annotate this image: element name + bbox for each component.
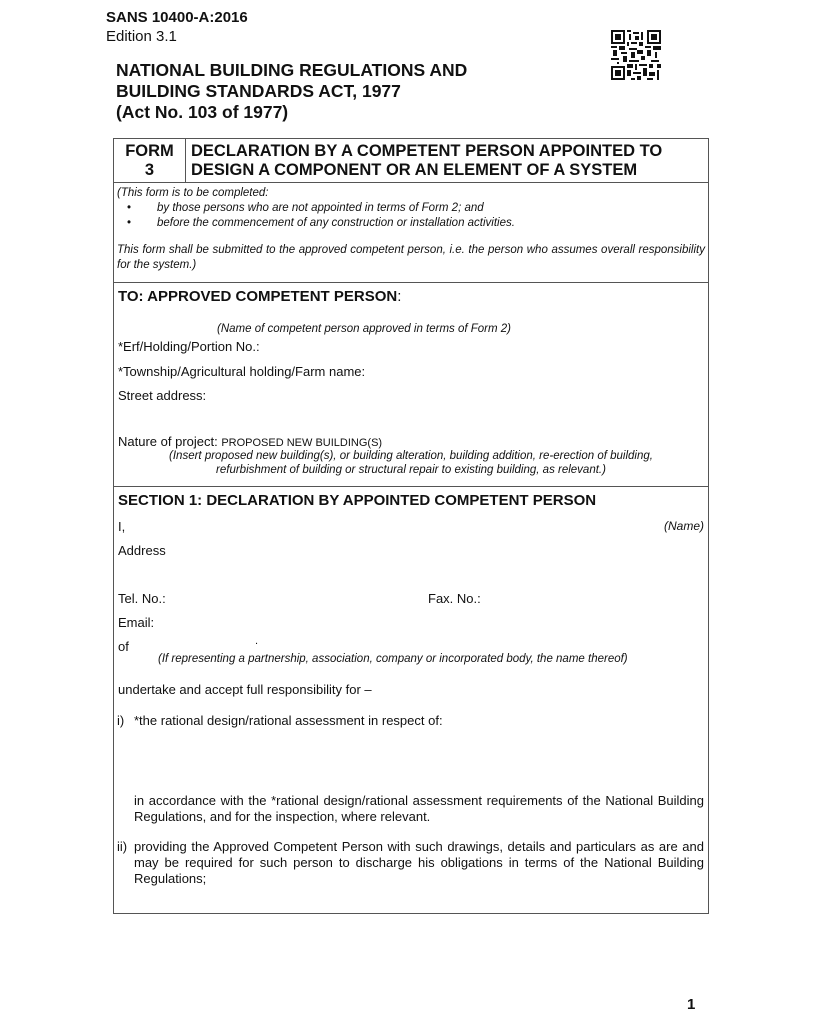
section-1-heading: SECTION 1: DECLARATION BY APPOINTED COMP… [118, 492, 596, 509]
act-title-line-3: (Act No. 103 of 1977) [116, 102, 467, 123]
form-number-cell: FORM 3 [114, 139, 186, 182]
instruction-text: by those persons who are not appointed i… [157, 201, 484, 216]
nature-of-project-field[interactable]: Nature of project: PROPOSED NEW BUILDING… [118, 434, 382, 449]
to-heading-colon: : [397, 288, 401, 305]
form-number: 3 [114, 161, 185, 180]
standard-code: SANS 10400-A:2016 [106, 9, 248, 26]
project-type-note-line-2: refurbishment of building or structural … [114, 463, 708, 477]
item-i-number: i) [117, 713, 124, 728]
page-number: 1 [687, 996, 695, 1013]
project-type-note: (Insert proposed new building(s), or bui… [114, 449, 708, 477]
form-title-line-2: DESIGN A COMPONENT OR AN ELEMENT OF A SY… [191, 161, 708, 180]
item-ii-number: ii) [117, 839, 127, 854]
nature-label: Nature of project: [118, 434, 221, 449]
to-heading-text: TO: APPROVED COMPETENT PERSON [118, 288, 397, 305]
edition-label: Edition 3.1 [106, 28, 177, 45]
section-1-declaration: SECTION 1: DECLARATION BY APPOINTED COMP… [114, 487, 708, 915]
organisation-field[interactable]: of [118, 639, 129, 654]
qr-code-icon [611, 30, 661, 80]
to-approved-competent-person-section: TO: APPROVED COMPETENT PERSON: (Name of … [114, 283, 708, 487]
to-section-heading: TO: APPROVED COMPETENT PERSON: [118, 288, 401, 305]
instruction-bullet: • by those persons who are not appointed… [117, 201, 705, 216]
item-i-continuation: in accordance with the *rational design/… [134, 793, 704, 825]
organisation-dot: . [255, 635, 258, 647]
form-header: FORM 3 DECLARATION BY A COMPETENT PERSON… [114, 139, 708, 183]
act-title-line-2: BUILDING STANDARDS ACT, 1977 [116, 81, 467, 102]
project-type-note-line-1: (Insert proposed new building(s), or bui… [114, 449, 708, 463]
street-address-field[interactable]: Street address: [118, 388, 206, 403]
nature-value: PROPOSED NEW BUILDING(S) [221, 437, 382, 449]
township-field[interactable]: *Township/Agricultural holding/Farm name… [118, 364, 365, 379]
email-field[interactable]: Email: [118, 615, 154, 630]
act-title: NATIONAL BUILDING REGULATIONS AND BUILDI… [116, 60, 467, 123]
competent-person-name-note: (Name of competent person approved in te… [217, 323, 511, 335]
item-ii-text: providing the Approved Competent Person … [134, 839, 704, 887]
declarant-name-field[interactable]: I, [118, 519, 125, 534]
tel-field[interactable]: Tel. No.: [118, 591, 166, 606]
bullet-icon: • [127, 201, 157, 216]
form-instructions: (This form is to be completed: • by thos… [114, 183, 708, 283]
form-label: FORM [114, 142, 185, 161]
instruction-bullet: • before the commencement of any constru… [117, 216, 705, 231]
form-title-line-1: DECLARATION BY A COMPETENT PERSON APPOIN… [191, 142, 708, 161]
act-title-line-1: NATIONAL BUILDING REGULATIONS AND [116, 60, 467, 81]
name-hint: (Name) [664, 519, 704, 533]
erf-field[interactable]: *Erf/Holding/Portion No.: [118, 339, 260, 354]
organisation-note: (If representing a partnership, associat… [158, 653, 628, 665]
form-title: DECLARATION BY A COMPETENT PERSON APPOIN… [186, 139, 708, 182]
item-i-text: *the rational design/rational assessment… [134, 713, 704, 729]
submission-note: This form shall be submitted to the appr… [117, 243, 705, 273]
instruction-text: before the commencement of any construct… [157, 216, 515, 231]
bullet-icon: • [127, 216, 157, 231]
form-3-box: FORM 3 DECLARATION BY A COMPETENT PERSON… [113, 138, 709, 914]
undertake-text: undertake and accept full responsibility… [118, 682, 372, 697]
instructions-lead: (This form is to be completed: [117, 186, 705, 201]
fax-field[interactable]: Fax. No.: [428, 591, 481, 606]
address-field[interactable]: Address [118, 543, 166, 558]
